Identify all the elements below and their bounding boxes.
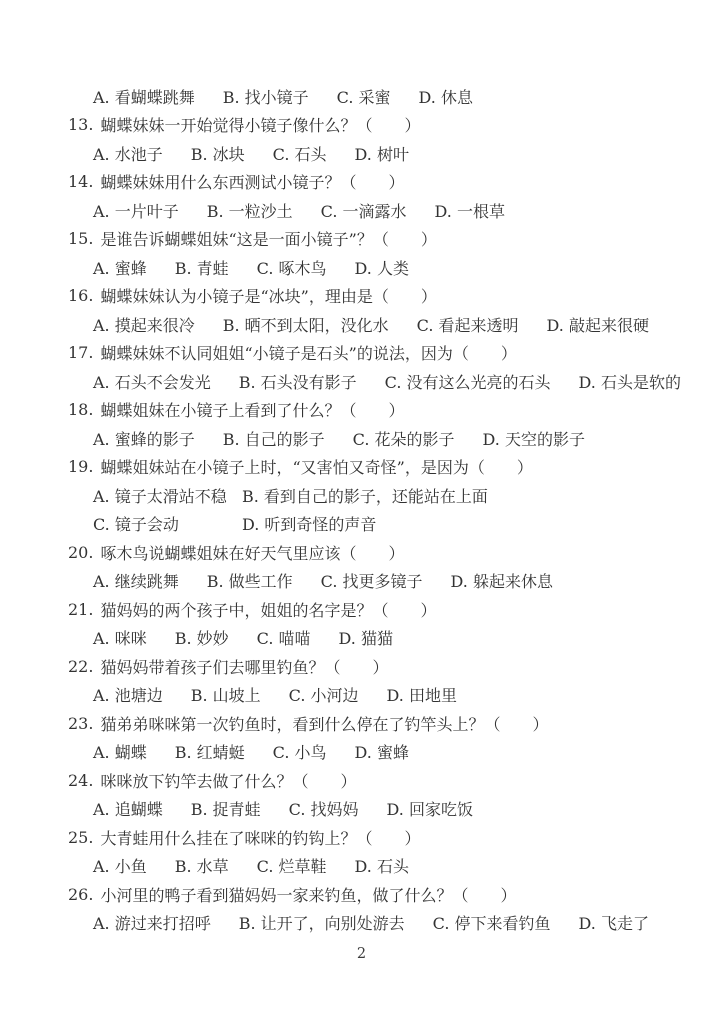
option-a: A. 游过来打招呼 (93, 911, 211, 934)
option-a: A. 蜜蜂的影子 (93, 427, 195, 450)
option-b: B. 山坡上 (191, 683, 261, 706)
options-line-23: A. 蝴蝶 B. 红蜻蜓 C. 小鸟 D. 蜜蜂 (0, 738, 723, 767)
options-line-previous-question: A. 看蝴蝶跳舞 B. 找小镜子 C. 采蜜 D. 休息 (0, 82, 723, 111)
option-b: B. 找小镜子 (223, 85, 309, 108)
question-line-19: 19. 蝴蝶姐妹站在小镜子上时，“又害怕又奇怪”，是因为（ ） (0, 453, 723, 482)
question-number: 13. (68, 115, 93, 134)
options-line-19-row1: A. 镜子太滑站不稳 B. 看到自己的影子，还能站在上面 (0, 481, 723, 510)
question-text: 蝴蝶姐妹站在小镜子上时，“又害怕又奇怪”，是因为（ ） (100, 455, 532, 478)
option-d: D. 田地里 (387, 683, 457, 706)
option-b: B. 石头没有影子 (239, 370, 357, 393)
option-d: D. 石头是软的 (579, 370, 681, 393)
option-c: C. 啄木鸟 (257, 256, 327, 279)
question-line-20: 20. 啄木鸟说蝴蝶姐妹在好天气里应该（ ） (0, 538, 723, 567)
option-d: D. 树叶 (355, 142, 409, 165)
option-b: B. 一粒沙土 (207, 199, 293, 222)
option-b: B. 做些工作 (207, 569, 293, 592)
question-line-21: 21. 猫妈妈的两个孩子中，姐姐的名字是？（ ） (0, 595, 723, 624)
option-d: D. 飞走了 (579, 911, 649, 934)
question-line-16: 16. 蝴蝶妹妹认为小镜子是“冰块”，理由是（ ） (0, 282, 723, 311)
question-text: 啄木鸟说蝴蝶姐妹在好天气里应该（ ） (100, 541, 404, 564)
option-d: D. 猫猫 (339, 626, 393, 649)
option-a: A. 摸起来很冷 (93, 313, 195, 336)
question-number: 20. (68, 543, 93, 562)
option-c: C. 花朵的影子 (353, 427, 455, 450)
question-text: 蝴蝶妹妹认为小镜子是“冰块”，理由是（ ） (100, 284, 436, 307)
option-d: D. 蜜蜂 (355, 740, 409, 763)
option-b: B. 妙妙 (175, 626, 229, 649)
option-a: A. 小鱼 (93, 854, 147, 877)
question-text: 大青蛙用什么挂在了咪咪的钓钩上？（ ） (100, 826, 420, 849)
question-line-15: 15. 是谁告诉蝴蝶姐妹“这是一面小镜子”？（ ） (0, 225, 723, 254)
question-line-14: 14. 蝴蝶妹妹用什么东西测试小镜子？（ ） (0, 168, 723, 197)
options-line-18: A. 蜜蜂的影子 B. 自己的影子 C. 花朵的影子 D. 天空的影子 (0, 424, 723, 453)
question-number: 24. (68, 771, 93, 790)
option-b: B. 让开了，向别处游去 (239, 911, 405, 934)
question-text: 蝴蝶妹妹一开始觉得小镜子像什么？（ ） (100, 113, 420, 136)
document-page: A. 看蝴蝶跳舞 B. 找小镜子 C. 采蜜 D. 休息 13. 蝴蝶妹妹一开始… (0, 0, 723, 1024)
option-b: B. 红蜻蜓 (175, 740, 245, 763)
options-line-25: A. 小鱼 B. 水草 C. 烂草鞋 D. 石头 (0, 852, 723, 881)
option-a: A. 继续跳舞 (93, 569, 179, 592)
question-text: 咪咪放下钓竿去做了什么？（ ） (100, 769, 356, 792)
option-a: A. 石头不会发光 (93, 370, 211, 393)
question-line-24: 24. 咪咪放下钓竿去做了什么？（ ） (0, 766, 723, 795)
options-line-13: A. 水池子 B. 冰块 C. 石头 D. 树叶 (0, 139, 723, 168)
option-a: A. 一片叶子 (93, 199, 179, 222)
question-number: 25. (68, 828, 93, 847)
page-number: 2 (0, 946, 723, 962)
option-b: B. 看到自己的影子，还能站在上面 (242, 484, 488, 507)
question-line-25: 25. 大青蛙用什么挂在了咪咪的钓钩上？（ ） (0, 823, 723, 852)
question-number: 23. (68, 714, 93, 733)
option-c: C. 一滴露水 (321, 199, 407, 222)
option-c: C. 镜子会动 (93, 512, 242, 535)
option-c: C. 找妈妈 (289, 797, 359, 820)
option-c: C. 小河边 (289, 683, 359, 706)
question-text: 蝴蝶妹妹不认同姐姐“小镜子是石头”的说法，因为（ ） (100, 341, 516, 364)
options-line-22: A. 池塘边 B. 山坡上 C. 小河边 D. 田地里 (0, 681, 723, 710)
option-b: B. 晒不到太阳，没化水 (223, 313, 389, 336)
options-line-24: A. 追蝴蝶 B. 捉青蛙 C. 找妈妈 D. 回家吃饭 (0, 795, 723, 824)
option-d: D. 一根草 (435, 199, 505, 222)
option-c: C. 看起来透明 (417, 313, 519, 336)
option-a: A. 看蝴蝶跳舞 (93, 85, 195, 108)
options-line-15: A. 蜜蜂 B. 青蛙 C. 啄木鸟 D. 人类 (0, 253, 723, 282)
option-d: D. 躲起来休息 (451, 569, 553, 592)
question-line-18: 18. 蝴蝶姐妹在小镜子上看到了什么？（ ） (0, 396, 723, 425)
question-list: A. 看蝴蝶跳舞 B. 找小镜子 C. 采蜜 D. 休息 13. 蝴蝶妹妹一开始… (0, 82, 723, 937)
question-number: 22. (68, 657, 93, 676)
question-number: 15. (68, 229, 93, 248)
options-line-21: A. 咪咪 B. 妙妙 C. 喵喵 D. 猫猫 (0, 624, 723, 653)
question-text: 小河里的鸭子看到猫妈妈一家来钓鱼，做了什么？（ ） (100, 883, 516, 906)
question-line-22: 22. 猫妈妈带着孩子们去哪里钓鱼？（ ） (0, 652, 723, 681)
question-number: 14. (68, 172, 93, 191)
option-a: A. 水池子 (93, 142, 163, 165)
question-number: 16. (68, 286, 93, 305)
question-text: 蝴蝶妹妹用什么东西测试小镜子？（ ） (100, 170, 404, 193)
question-number: 26. (68, 885, 93, 904)
option-a: A. 蝴蝶 (93, 740, 147, 763)
option-d: D. 休息 (419, 85, 473, 108)
option-c: C. 小鸟 (273, 740, 327, 763)
option-c: C. 石头 (273, 142, 327, 165)
option-d: D. 人类 (355, 256, 409, 279)
option-c: C. 没有这么光亮的石头 (385, 370, 551, 393)
option-a: A. 池塘边 (93, 683, 163, 706)
question-text: 是谁告诉蝴蝶姐妹“这是一面小镜子”？（ ） (100, 227, 436, 250)
option-a: A. 咪咪 (93, 626, 147, 649)
option-a: A. 追蝴蝶 (93, 797, 163, 820)
option-c: C. 喵喵 (257, 626, 311, 649)
options-line-14: A. 一片叶子 B. 一粒沙土 C. 一滴露水 D. 一根草 (0, 196, 723, 225)
option-c: C. 找更多镜子 (321, 569, 423, 592)
options-line-17: A. 石头不会发光 B. 石头没有影子 C. 没有这么光亮的石头 D. 石头是软… (0, 367, 723, 396)
option-a: A. 蜜蜂 (93, 256, 147, 279)
option-d: D. 敲起来很硬 (547, 313, 649, 336)
option-b: B. 冰块 (191, 142, 245, 165)
option-b: B. 捉青蛙 (191, 797, 261, 820)
question-text: 猫妈妈的两个孩子中，姐姐的名字是？（ ） (100, 598, 436, 621)
options-line-20: A. 继续跳舞 B. 做些工作 C. 找更多镜子 D. 躲起来休息 (0, 567, 723, 596)
option-a: A. 镜子太滑站不稳 (93, 484, 242, 507)
option-d: D. 天空的影子 (483, 427, 585, 450)
question-text: 猫妈妈带着孩子们去哪里钓鱼？（ ） (100, 655, 388, 678)
option-b: B. 青蛙 (175, 256, 229, 279)
options-line-19-row2: C. 镜子会动 D. 听到奇怪的声音 (0, 510, 723, 539)
option-b: B. 自己的影子 (223, 427, 325, 450)
option-d: D. 听到奇怪的声音 (242, 512, 376, 535)
option-c: C. 采蜜 (337, 85, 391, 108)
question-number: 18. (68, 400, 93, 419)
question-line-17: 17. 蝴蝶妹妹不认同姐姐“小镜子是石头”的说法，因为（ ） (0, 339, 723, 368)
question-number: 21. (68, 600, 93, 619)
question-line-26: 26. 小河里的鸭子看到猫妈妈一家来钓鱼，做了什么？（ ） (0, 880, 723, 909)
option-c: C. 停下来看钓鱼 (433, 911, 551, 934)
options-line-26: A. 游过来打招呼 B. 让开了，向别处游去 C. 停下来看钓鱼 D. 飞走了 (0, 909, 723, 938)
option-d: D. 回家吃饭 (387, 797, 473, 820)
question-number: 17. (68, 343, 93, 362)
question-line-23: 23. 猫弟弟咪咪第一次钓鱼时，看到什么停在了钓竿头上？（ ） (0, 709, 723, 738)
option-d: D. 石头 (355, 854, 409, 877)
option-b: B. 水草 (175, 854, 229, 877)
question-text: 猫弟弟咪咪第一次钓鱼时，看到什么停在了钓竿头上？（ ） (100, 712, 548, 735)
options-line-16: A. 摸起来很冷 B. 晒不到太阳，没化水 C. 看起来透明 D. 敲起来很硬 (0, 310, 723, 339)
question-text: 蝴蝶姐妹在小镜子上看到了什么？（ ） (100, 398, 404, 421)
option-c: C. 烂草鞋 (257, 854, 327, 877)
question-line-13: 13. 蝴蝶妹妹一开始觉得小镜子像什么？（ ） (0, 111, 723, 140)
question-number: 19. (68, 457, 93, 476)
